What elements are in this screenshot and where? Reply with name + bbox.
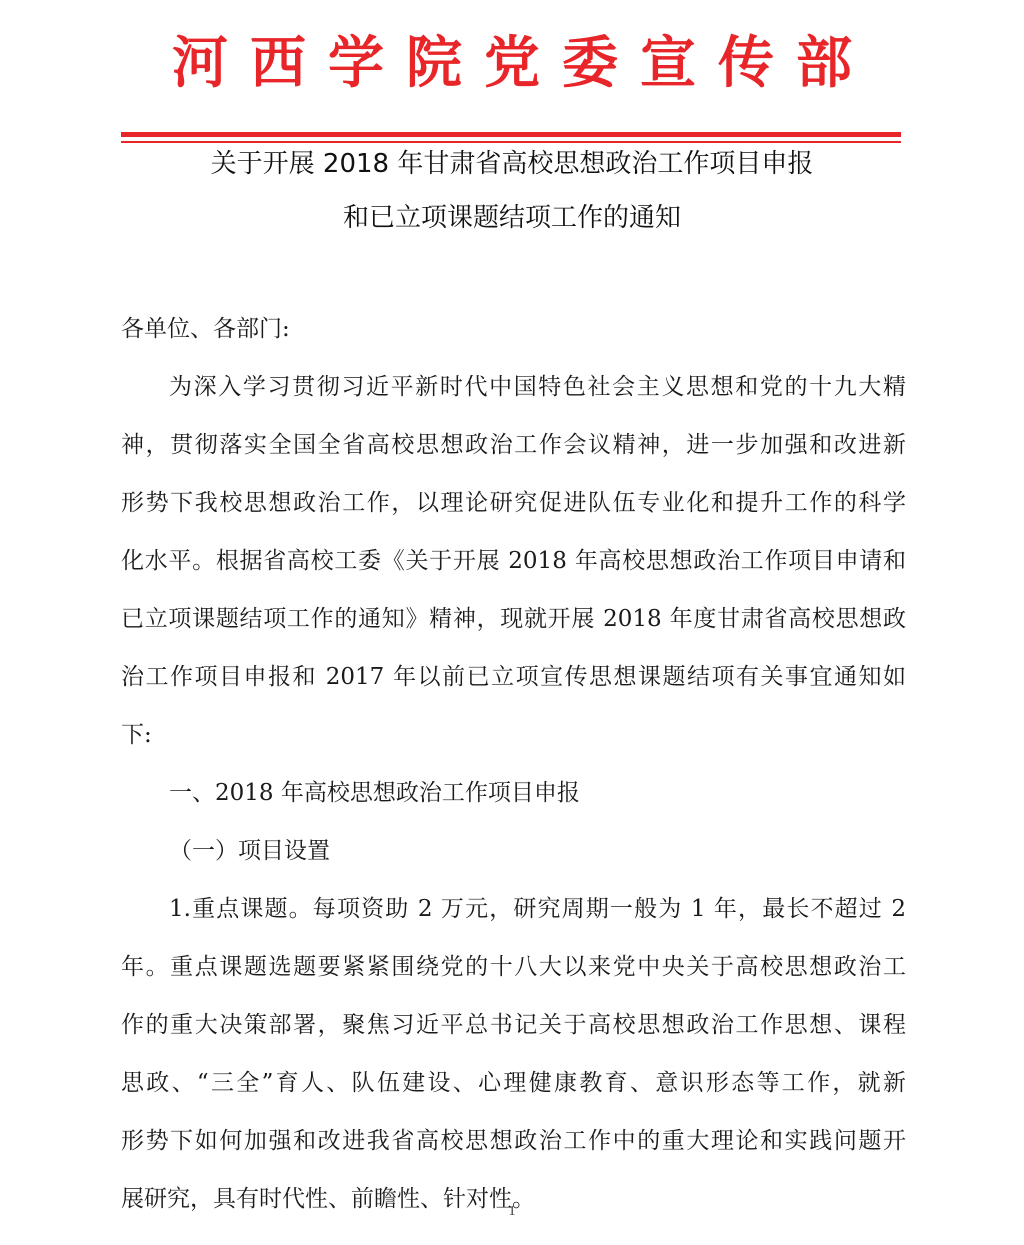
salutation: 各单位、各部门: [121,300,906,358]
paragraph-line: 1.重点课题。每项资助 2 万元，研究周期一般为 1 年，最长不超过 2 [121,880,906,938]
paragraph-line: 思政、“三全”育人、队伍建设、心理健康教育、意识形态等工作，就新 [121,1054,906,1112]
paragraph-line: 治工作项目申报和 2017 年以前已立项宣传思想课题结项有关事宜通知如 [121,648,906,706]
paragraph-line: 为深入学习贯彻习近平新时代中国特色社会主义思想和党的十九大精 [121,358,906,416]
document-title-line-1: 关于开展 2018 年甘肃省高校思想政治工作项目申报 [0,146,1024,182]
page-number: 1 [0,1204,1024,1220]
paragraph-line: 化水平。根据省高校工委《关于开展 2018 年高校思想政治工作项目申请和 [121,532,906,590]
document-body: 各单位、各部门: 为深入学习贯彻习近平新时代中国特色社会主义思想和党的十九大精 … [121,300,906,1228]
paragraph-line: 已立项课题结项工作的通知》精神，现就开展 2018 年度甘肃省高校思想政 [121,590,906,648]
paragraph-line: 神，贯彻落实全国全省高校思想政治工作会议精神，进一步加强和改进新 [121,416,906,474]
paragraph-line: 形势下我校思想政治工作，以理论研究促进队伍专业化和提升工作的科学 [121,474,906,532]
letterhead-rule-thick [121,132,901,137]
paragraph-line: 形势下如何加强和改进我省高校思想政治工作中的重大理论和实践问题开 [121,1112,906,1170]
paragraph-line: 下: [121,706,906,764]
subsection-heading: （一）项目设置 [121,822,906,880]
document-page: 河西学院党委宣传部 关于开展 2018 年甘肃省高校思想政治工作项目申报 和已立… [0,0,1024,1245]
letterhead-title: 河西学院党委宣传部 [0,28,1024,98]
letterhead-rule-thin [121,141,901,143]
document-title-line-2: 和已立项课题结项工作的通知 [0,200,1024,236]
section-heading: 一、2018 年高校思想政治工作项目申报 [121,764,906,822]
paragraph-line: 作的重大决策部署，聚焦习近平总书记关于高校思想政治工作思想、课程 [121,996,906,1054]
paragraph-line: 年。重点课题选题要紧紧围绕党的十八大以来党中央关于高校思想政治工 [121,938,906,996]
